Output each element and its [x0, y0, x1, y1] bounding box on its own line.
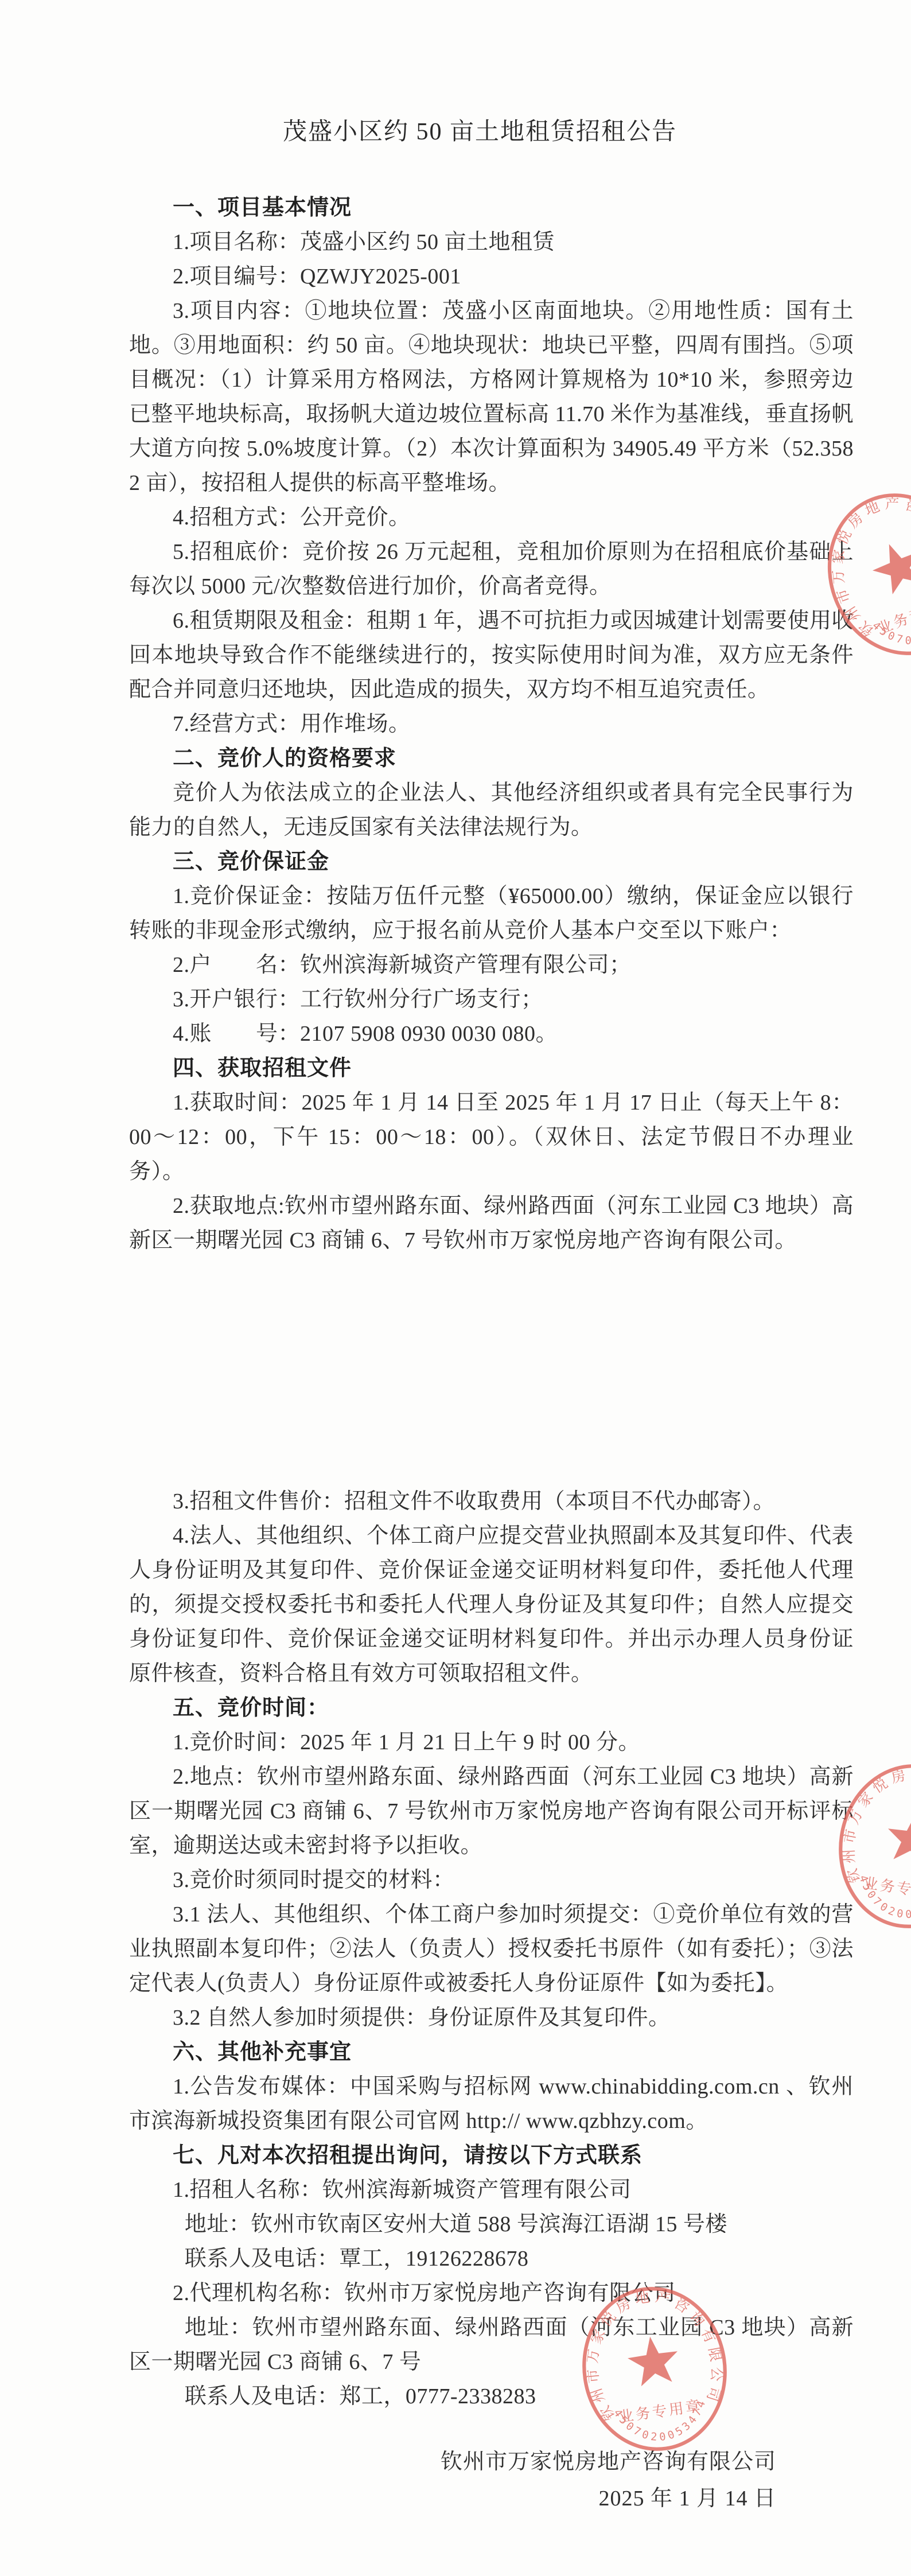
para-rent-method: 4.招租方式：公开竞价。 — [129, 500, 854, 535]
para-bid-materials-intro: 3.竞价时须同时提交的材料： — [129, 1863, 854, 1897]
para-agent-address: 地址：钦州市望州路东面、绿州路西面（河东工业园 C3 地块）高新区一期曙光园 C… — [129, 2310, 854, 2379]
para-lease-term: 6.租赁期限及租金：租期 1 年，遇不可抗拒力或因城建计划需要使用收回本地块导致… — [129, 604, 854, 707]
para-bid-place: 2.地点：钦州市望州路东面、绿州路西面（河东工业园 C3 地块）高新区一期曙光园… — [129, 1760, 854, 1863]
para-project-number: 2.项目编号：QZWJY2025-001 — [129, 259, 854, 294]
para-deposit: 1.竞价保证金：按陆万伍仟元整（¥65000.00）缴纳，保证金应以银行转账的非… — [129, 879, 854, 948]
document-body: 茂盛小区约 50 亩土地租赁招租公告 一、项目基本情况 1.项目名称：茂盛小区约… — [0, 0, 911, 2517]
para-account-number: 4.账 号：2107 5908 0930 0030 080。 — [129, 1017, 854, 1051]
para-bid-materials-corp: 3.1 法人、其他组织、个体工商户参加时须提交：①竞价单位有效的营业执照副本复印… — [129, 1897, 854, 2001]
section-7-heading: 七、凡对本次招租提出询问，请按以下方式联系 — [129, 2138, 854, 2173]
para-operation-mode: 7.经营方式：用作堆场。 — [129, 707, 854, 741]
section-6-heading: 六、其他补充事宜 — [129, 2035, 854, 2069]
para-bid-time: 1.竞价时间：2025 年 1 月 21 日上午 9 时 00 分。 — [129, 1725, 854, 1760]
para-account-name: 2.户 名：钦州滨海新城资产管理有限公司； — [129, 948, 854, 982]
scanned-announcement-page: 茂盛小区约 50 亩土地租赁招租公告 一、项目基本情况 1.项目名称：茂盛小区约… — [0, 0, 911, 2576]
section-4-heading: 四、获取招租文件 — [129, 1051, 854, 1085]
para-base-price: 5.招租底价：竞价按 26 万元起租，竞租加价原则为在招租底价基础上每次以 50… — [129, 535, 854, 604]
para-announce-media: 1.公告发布媒体：中国采购与招标网 www.chinabidding.com.c… — [129, 2069, 854, 2138]
para-doc-obtain-time: 1.获取时间：2025 年 1 月 14 日至 2025 年 1 月 17 日止… — [129, 1085, 854, 1189]
para-doc-obtain-place: 2.获取地点:钦州市望州路东面、绿州路西面（河东工业园 C3 地块）高新区一期曙… — [129, 1189, 854, 1258]
para-lessor-contact: 联系人及电话：覃工，19126228678 — [129, 2242, 854, 2276]
para-agent-name: 2.代理机构名称：钦州市万家悦房地产咨询有限公司 — [129, 2276, 854, 2310]
para-project-content: 3.项目内容：①地块位置：茂盛小区南面地块。②用地性质：国有土地。③用地面积：约… — [129, 294, 854, 500]
para-lessor-name: 1.招租人名称：钦州滨海新城资产管理有限公司 — [129, 2173, 854, 2207]
signature-date: 2025 年 1 月 14 日 — [129, 2480, 776, 2517]
para-lessor-address: 地址：钦州市钦南区安州大道 588 号滨海江语湖 15 号楼 — [129, 2207, 854, 2242]
section-1-heading: 一、项目基本情况 — [129, 190, 854, 225]
section-2-heading: 二、竞价人的资格要求 — [129, 741, 854, 776]
para-bank: 3.开户银行：工行钦州分行广场支行； — [129, 982, 854, 1017]
para-project-name: 1.项目名称：茂盛小区约 50 亩土地租赁 — [129, 225, 854, 259]
page-break-gap — [129, 1258, 854, 1484]
para-doc-materials: 4.法人、其他组织、个体工商户应提交营业执照副本及其复印件、代表人身份证明及其复… — [129, 1519, 854, 1691]
para-agent-contact: 联系人及电话：郑工，0777-2338283 — [129, 2379, 854, 2414]
section-3-heading: 三、竞价保证金 — [129, 845, 854, 879]
section-5-heading: 五、竞价时间： — [129, 1691, 854, 1725]
signature-company: 钦州市万家悦房地产咨询有限公司 — [129, 2443, 776, 2480]
para-doc-price: 3.招租文件售价：招租文件不收取费用（本项目不代办邮寄）。 — [129, 1484, 854, 1519]
signature-block: 钦州市万家悦房地产咨询有限公司 2025 年 1 月 14 日 — [129, 2443, 854, 2517]
page-title: 茂盛小区约 50 亩土地租赁招租公告 — [129, 115, 831, 149]
para-bid-materials-person: 3.2 自然人参加时须提供：身份证原件及其复印件。 — [129, 2001, 854, 2035]
para-bidder-qualification: 竞价人为依法成立的企业法人、其他经济组织或者具有完全民事行为能力的自然人，无违反… — [129, 776, 854, 845]
